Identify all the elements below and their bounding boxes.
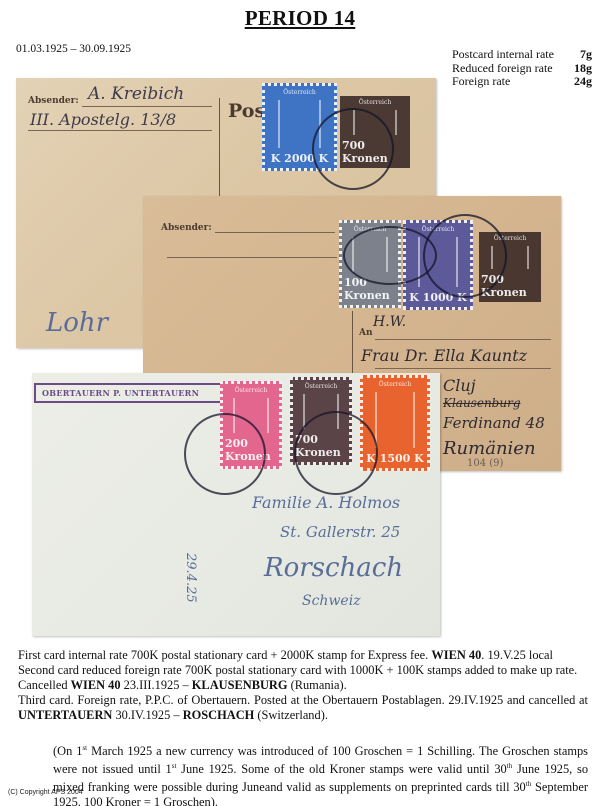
handwriting-city-alt: Klausenburg (443, 396, 521, 410)
caption-text: Third card. Foreign rate, P.P.C. of Ober… (18, 693, 588, 707)
handwriting-street: III. Apostelg. 13/8 (30, 110, 176, 129)
address-line (167, 257, 337, 258)
handwriting-date: 29.4.25 (183, 553, 198, 603)
caption-card2: Second card reduced foreign rate 700K po… (18, 663, 588, 693)
caption-bold: WIEN 40 (431, 648, 481, 662)
caption-text: (Switzerland). (254, 708, 328, 722)
postmark-wien40 (312, 108, 394, 190)
to-label: An (359, 328, 373, 338)
rate-row: Foreign rate24g (452, 75, 592, 89)
handwriting-recipient: Frau Dr. Ella Kauntz (361, 346, 527, 365)
rate-row: Postcard internal rate7g (452, 48, 592, 62)
handwriting-note: Lohr (46, 308, 108, 338)
handwriting-initials: H.W. (373, 314, 406, 330)
caption-text: First card internal rate 700K postal sta… (18, 648, 431, 662)
handwriting-city: Rorschach (264, 553, 403, 583)
caption-bold: UNTERTAUERN (18, 708, 112, 722)
stamp-country: Österreich (359, 99, 391, 106)
handwriting-street: Ferdinand 48 (443, 414, 545, 432)
caption-text: 23.III.1925 – (121, 678, 192, 692)
stamp-country: Österreich (379, 381, 411, 388)
postcard-3: OBERTAUERN P. UNTERTAUERN Österreich200 … (32, 373, 440, 636)
caption-card1: First card internal rate 700K postal sta… (18, 648, 588, 663)
stamp-country: Österreich (235, 387, 267, 394)
caption-card3: Third card. Foreign rate, P.P.C. of Ober… (18, 693, 588, 723)
caption: First card internal rate 700K postal sta… (18, 648, 588, 723)
page-title: PERIOD 14 (0, 6, 600, 31)
address-line (82, 106, 212, 107)
handwriting-street: St. Gallerstr. 25 (280, 523, 400, 541)
copyright: (C) Copyright APS 2004 (8, 789, 83, 796)
note-text: June 1925. Some of the old Kroner stamps… (176, 762, 506, 776)
divider (219, 98, 220, 198)
stamp-country: Österreich (283, 89, 315, 96)
rate-label: Reduced foreign rate (452, 62, 553, 76)
postmark-untertauern (294, 411, 378, 495)
postmark-wien40 (423, 214, 507, 298)
handwriting-sender: A. Kreibich (88, 84, 184, 104)
rate-row: Reduced foreign rate18g (452, 62, 592, 76)
currency-note: (On 1st March 1925 a new currency was in… (18, 741, 588, 806)
caption-bold: WIEN 40 (71, 678, 121, 692)
note-paragraph: (On 1st March 1925 a new currency was in… (18, 741, 588, 806)
rate-label: Foreign rate (452, 75, 510, 89)
header-post: Pos (228, 100, 265, 122)
rates-table: Postcard internal rate7g Reduced foreign… (452, 48, 592, 89)
date-range: 01.03.1925 – 30.09.1925 (16, 43, 131, 55)
caption-bold: ROSCHACH (183, 708, 255, 722)
address-line (375, 368, 551, 369)
sender-label: Absender: (28, 96, 79, 106)
rate-value: 18g (574, 62, 592, 76)
caption-text: (Rumania). (288, 678, 347, 692)
stamp-ornament (375, 392, 415, 448)
box-cancel: OBERTAUERN P. UNTERTAUERN (34, 383, 230, 403)
caption-text: . 19.V.25 local (481, 648, 553, 662)
address-line (28, 130, 212, 131)
pencil-note: 104 (9) (467, 458, 503, 469)
handwriting-country: Schweiz (302, 593, 361, 609)
caption-bold: KLAUSENBURG (192, 678, 288, 692)
rate-label: Postcard internal rate (452, 48, 554, 62)
postmark-untertauern (184, 413, 266, 495)
address-line (375, 339, 551, 340)
handwriting-country: Rumänien (443, 438, 536, 459)
handwriting-recipient: Familie A. Holmos (252, 493, 400, 512)
address-line (215, 232, 335, 233)
note-text: (On 1 (53, 744, 82, 758)
rate-value: 7g (580, 48, 592, 62)
rate-value: 24g (574, 75, 592, 89)
handwriting-city: Cluj (443, 376, 476, 395)
stamp-country: Österreich (305, 383, 337, 390)
caption-text: 30.IV.1925 – (112, 708, 182, 722)
sender-label: Absender: (161, 223, 212, 233)
